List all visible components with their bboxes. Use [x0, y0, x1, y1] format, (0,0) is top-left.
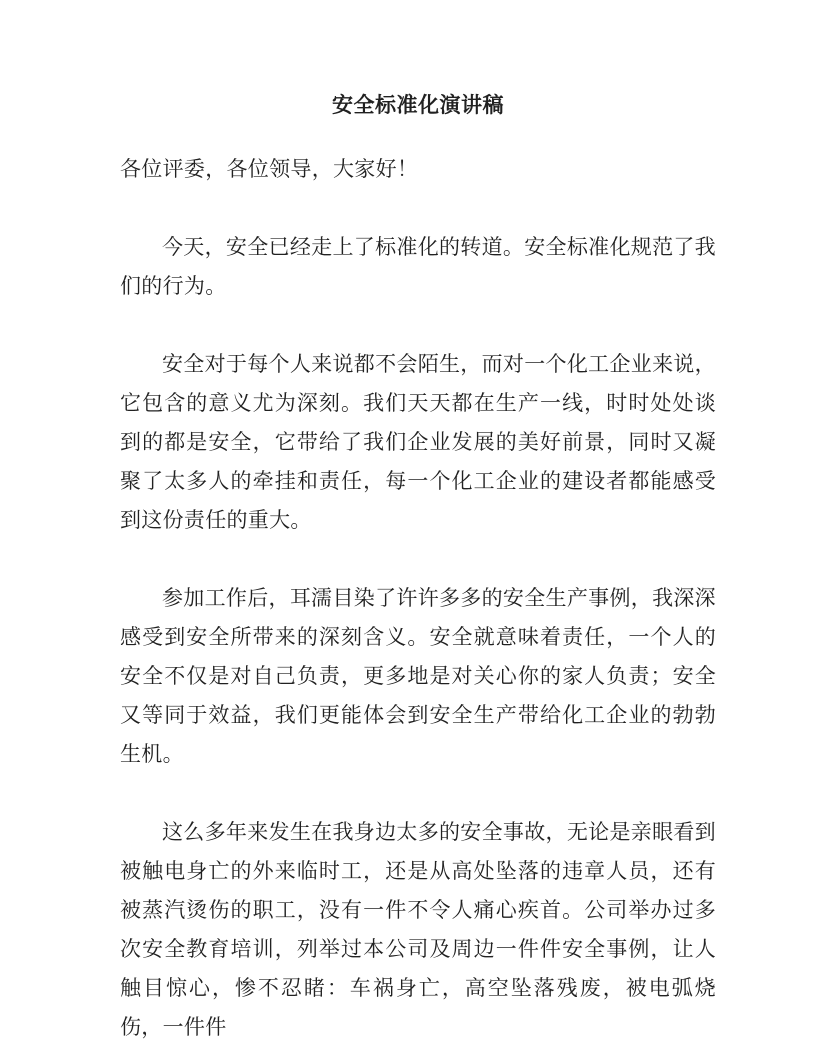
paragraph: 这么多年来发生在我身边太多的安全事故，无论是亲眼看到被触电身亡的外来临时工，还是… — [120, 813, 716, 1047]
document-page: 安全标准化演讲稿 各位评委，各位领导，大家好！今天，安全已经走上了标准化的转道。… — [0, 0, 816, 1056]
paragraph: 参加工作后，耳濡目染了许许多多的安全生产事例，我深深感受到安全所带来的深刻含义。… — [120, 579, 716, 774]
paragraph: 安全对于每个人来说都不会陌生，而对一个化工企业来说，它包含的意义尤为深刻。我们天… — [120, 345, 716, 540]
document-title: 安全标准化演讲稿 — [120, 90, 716, 120]
paragraph: 各位评委，各位领导，大家好！ — [120, 150, 716, 189]
paragraph: 今天，安全已经走上了标准化的转道。安全标准化规范了我们的行为。 — [120, 228, 716, 306]
document-body: 各位评委，各位领导，大家好！今天，安全已经走上了标准化的转道。安全标准化规范了我… — [120, 150, 716, 1047]
